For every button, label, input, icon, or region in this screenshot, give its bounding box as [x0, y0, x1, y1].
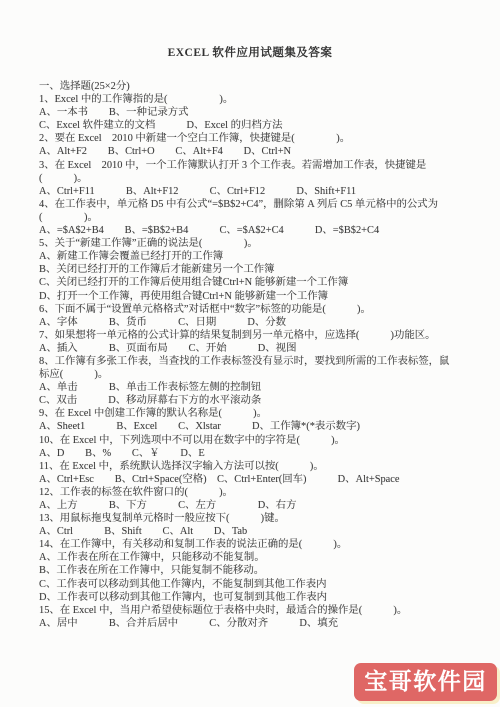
question-7: 7、如果想将一单元格的公式计算的结果复制到另一单元格中，应选择( )功能区。 — [39, 329, 469, 342]
scanned-exam-page: EXCEL 软件应用试题集及答案 一、选择题(25×2分) 1、Excel 中的… — [0, 0, 500, 707]
question-4-continuation: ( )。 — [39, 211, 469, 224]
question-1-options: C、Excel 软件建立的文档 D、Excel 的归档方法 — [39, 119, 469, 132]
question-3-continuation: ( )。 — [39, 172, 469, 185]
question-11-options: A、Ctrl+Esc B、Ctrl+Space(空格) C、Ctrl+Enter… — [39, 473, 469, 486]
question-6: 6、下面不属于“设置单元格格式”对话框中“数字”标签的功能是( )。 — [39, 303, 469, 316]
question-5-option-c: C、关闭已经打开的工作簿后使用组合键Ctrl+N 能够新建一个工作簿 — [39, 276, 469, 289]
document-title: EXCEL 软件应用试题集及答案 — [0, 44, 500, 60]
question-14-option-b: B、工作表在所在工作簿中，只能复制不能移动。 — [39, 564, 469, 577]
question-10: 10、在 Excel 中，下列选项中不可以用在数字中的字符是( )。 — [39, 434, 469, 447]
question-3-options: A、Ctrl+F11 B、Alt+F12 C、Ctrl+F12 D、Shift+… — [39, 185, 469, 198]
question-10-options: A、D B、% C、￥ D、E — [39, 447, 469, 460]
question-15-options: A、居中 B、合并后居中 C、分散对齐 D、填充 — [39, 617, 469, 630]
question-8-options: C、双击 D、移动屏幕右下方的水平滚动条 — [39, 394, 469, 407]
question-14: 14、在工作簿中，有关移动和复制工作表的说法正确的是( )。 — [39, 538, 469, 551]
question-14-option-d: D、工作表可以移动到其他工作簿内，也可复制到其他工作表内 — [39, 591, 469, 604]
question-12: 12、工作表的标签在软件窗口的( )。 — [39, 486, 469, 499]
watermark-text: 宝哥软件园 — [364, 671, 487, 694]
question-2: 2、要在 Excel 2010 中新建一个空白工作簿，快捷键是( )。 — [39, 132, 469, 145]
question-8: 8、工作簿有多张工作表，当查找的工作表标签没有显示时，要找到所需的工作表标签，鼠 — [39, 355, 469, 368]
question-5: 5、关于“新建工作簿”正确的说法是( )。 — [39, 237, 469, 250]
question-14-option-c: C、工作表可以移动到其他工作簿内，不能复制到其他工作表内 — [39, 578, 469, 591]
question-8-options: A、单击 B、单击工作表标签左侧的控制钮 — [39, 381, 469, 394]
question-4: 4、在工作表中，单元格 D5 中有公式“=$B$2+C4”，删除第 A 列后 C… — [39, 198, 469, 211]
question-9: 9、在 Excel 中创建工作簿的默认名称是( )。 — [39, 407, 469, 420]
question-4-options: A、=$A$2+B4 B、=$B$2+B4 C、=$A$2+C4 D、=$B$2… — [39, 224, 469, 237]
question-15: 15、在 Excel 中，当用户希望使标题位于表格中央时，最适合的操作是( )。 — [39, 604, 469, 617]
document-body: 一、选择题(25×2分) 1、Excel 中的工作簿指的是( )。 A、一本书 … — [39, 80, 469, 630]
question-5-option-a: A、新建工作簿会覆盖已经打开的工作簿 — [39, 250, 469, 263]
question-13-options: A、Ctrl B、Shift C、Alt D、Tab — [39, 525, 469, 538]
question-3: 3、在 Excel 2010 中，一个工作簿默认打开 3 个工作表。若需增加工作… — [39, 159, 469, 172]
question-2-options: A、Alt+F2 B、Ctrl+O C、Alt+F4 D、Ctrl+N — [39, 145, 469, 158]
section-heading: 一、选择题(25×2分) — [39, 80, 469, 93]
question-1-options: A、一本书 B、一种记录方式 — [39, 106, 469, 119]
question-8-continuation: 标应( )。 — [39, 368, 469, 381]
question-13: 13、用鼠标拖曳复制单元格时一般应按下( )键。 — [39, 512, 469, 525]
question-1: 1、Excel 中的工作簿指的是( )。 — [39, 93, 469, 106]
question-9-options: A、Sheet1 B、Excel C、Xlstar D、工作簿*(*表示数字) — [39, 420, 469, 433]
question-7-options: A、插入 B、页面布局 C、开始 D、视图 — [39, 342, 469, 355]
question-14-option-a: A、工作表在所在工作簿中，只能移动不能复制。 — [39, 551, 469, 564]
question-11: 11、在 Excel 中，系统默认选择汉字输入方法可以按( )。 — [39, 460, 469, 473]
watermark-badge: 宝哥软件园 — [354, 663, 497, 701]
question-12-options: A、上方 B、下方 C、左方 D、右方 — [39, 499, 469, 512]
question-5-option-d: D、打开一个工作簿，再使用组合键Ctrl+N 能够新建一个工作簿 — [39, 290, 469, 303]
question-5-option-b: B、关闭已经打开的工作簿后才能新建另一个工作簿 — [39, 263, 469, 276]
question-6-options: A、字体 B、货币 C、日期 D、分数 — [39, 316, 469, 329]
